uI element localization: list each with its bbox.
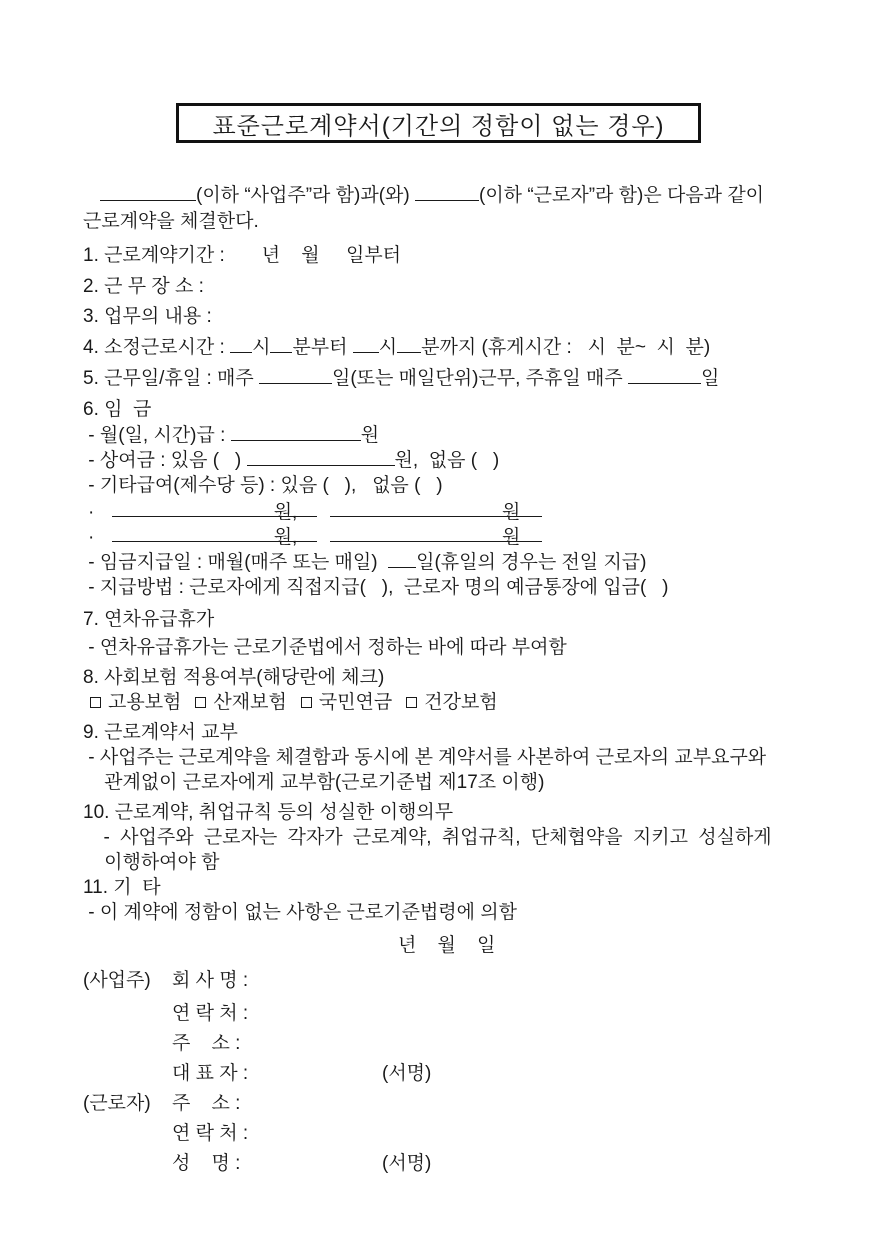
employer-party-spacer	[83, 1061, 172, 1086]
item-11-heading: 11. 기 타	[83, 877, 161, 898]
intro-line-2: 근로계약을 체결한다.	[0, 209, 877, 235]
item-9-sub-text-1: - 사업주는 근로계약을 체결함과 동시에 본 계약서를 사본하여 근로자의 교…	[83, 747, 766, 768]
intro-text-3: 근로계약을 체결한다.	[83, 211, 259, 232]
allowance-amount-blank-1b[interactable]: 원	[330, 500, 542, 517]
other-allowances-text: - 기타급여(제수당 등) : 있음 ( ), 없음 ( )	[83, 475, 443, 496]
employer-party-spacer	[83, 1001, 172, 1026]
payday-suffix: 일(휴일의 경우는 전일 지급)	[416, 552, 646, 573]
item-2-text: 2. 근 무 장 소 :	[83, 276, 204, 297]
bullet-dot: ·	[88, 527, 94, 548]
contract-date-line: 년 월 일	[0, 933, 877, 958]
worker-party-spacer	[83, 1121, 172, 1146]
document-title-box: 표준근로계약서(기간의 정함이 없는 경우)	[176, 103, 701, 143]
item-5-text-c: 일	[701, 368, 719, 389]
item-9-sub-2: 관계없이 근로자에게 교부함(근로기준법 제17조 이행)	[0, 770, 877, 795]
representative-signature-placeholder[interactable]: (서명)	[382, 1061, 431, 1086]
worker-party-spacer	[83, 1151, 172, 1176]
item-1-text: 1. 근로계약기간 : 년 월 일부터	[83, 245, 401, 266]
item-6-bonus: - 상여금 : 있음 ( ) 원, 없음 ( )	[0, 448, 877, 473]
insurance-option-accident: 산재보험	[195, 692, 286, 713]
item-6-payday: - 임금지급일 : 매월(매주 또는 매일) 일(휴일의 경우는 전일 지급)	[0, 550, 877, 575]
bonus-won-suffix: 원, 없음 ( )	[395, 450, 500, 471]
date-text: 년 월 일	[398, 935, 495, 956]
item-6-payment-method: - 지급방법 : 근로자에게 직접지급( ), 근로자 명의 예금통장에 입금(…	[0, 575, 877, 600]
bonus-label: - 상여금 : 있음 ( )	[83, 450, 247, 471]
item-4-text-a: 4. 소정근로시간 :	[83, 337, 230, 358]
national-pension-checkbox[interactable]	[301, 697, 312, 708]
allowance-amount-blank-2a[interactable]: 원,	[112, 525, 317, 542]
payday-blank[interactable]	[388, 551, 416, 568]
item-6-heading: 6. 임 금	[83, 399, 151, 420]
employer-company-name-row: (사업주) 회 사 명 :	[0, 968, 877, 993]
item-10-faithful-performance: 10. 근로계약, 취업규칙 등의 성실한 이행의무	[0, 800, 877, 825]
industrial-accident-insurance-label: 산재보험	[213, 692, 286, 713]
insurance-option-health: 건강보험	[406, 692, 497, 713]
allowance-amount-blank-1a[interactable]: 원,	[112, 500, 317, 517]
bullet-dot: ·	[88, 502, 94, 523]
allowance-amount-blank-2b[interactable]: 원	[330, 525, 542, 542]
item-5-workdays-holidays: 5. 근무일/휴일 : 매주 일(또는 매일단위)근무, 주휴일 매주 일	[0, 366, 877, 391]
employer-address-row: 주 소 :	[0, 1031, 877, 1056]
item-10-sub-2: 이행하여야 함	[0, 850, 877, 875]
wage-won-suffix: 원	[361, 425, 379, 446]
document-title: 표준근로계약서(기간의 정함이 없는 경우)	[212, 106, 664, 141]
payment-method-text: - 지급방법 : 근로자에게 직접지급( ), 근로자 명의 예금통장에 입금(…	[83, 577, 669, 598]
worker-name-label: 성 명 :	[172, 1151, 240, 1176]
employer-name-blank[interactable]	[100, 184, 196, 201]
bonus-amount-blank[interactable]	[247, 449, 395, 466]
employer-contact-label: 연 락 처 :	[172, 1001, 248, 1026]
item-4-text-e: 분까지 (휴게시간 : 시 분~ 시 분)	[421, 337, 710, 358]
payday-label: - 임금지급일 : 매월(매주 또는 매일)	[83, 552, 388, 573]
insurance-option-employment: 고용보험	[90, 692, 181, 713]
item-4-text-d: 시	[379, 337, 397, 358]
worker-name-row: 성 명 : (서명)	[0, 1151, 877, 1176]
employer-party-label: (사업주)	[83, 968, 172, 993]
item-5-text-b: 일(또는 매일단위)근무, 주휴일 매주	[332, 368, 628, 389]
weekly-holiday-blank[interactable]	[628, 367, 701, 384]
employer-contact-row: 연 락 처 :	[0, 1001, 877, 1026]
industrial-accident-insurance-checkbox[interactable]	[195, 697, 206, 708]
intro-text-1: (이하 “사업주”라 함)과(와)	[196, 185, 415, 206]
item-6-wages: 6. 임 금	[0, 397, 877, 422]
item-4-text-b: 시	[252, 337, 270, 358]
end-minute-blank[interactable]	[397, 336, 421, 353]
worker-contact-row: 연 락 처 :	[0, 1121, 877, 1146]
item-1-contract-period: 1. 근로계약기간 : 년 월 일부터	[0, 243, 877, 268]
item-7-annual-leave-sub: - 연차유급휴가는 근로기준법에서 정하는 바에 따라 부여함	[0, 635, 877, 660]
item-4-text-c: 분부터	[292, 337, 352, 358]
item-8-social-insurance: 8. 사회보험 적용여부(해당란에 체크)	[0, 665, 877, 690]
worker-party-label: (근로자)	[83, 1091, 172, 1116]
item-5-text-a: 5. 근무일/휴일 : 매주	[83, 368, 259, 389]
item-10-sub-1: - 사업주와 근로자는 각자가 근로계약, 취업규칙, 단체협약을 지키고 성실…	[0, 825, 877, 850]
item-8-heading: 8. 사회보험 적용여부(해당란에 체크)	[83, 667, 384, 688]
employer-address-label: 주 소 :	[172, 1031, 240, 1056]
end-hour-blank[interactable]	[353, 336, 379, 353]
employment-insurance-checkbox[interactable]	[90, 697, 101, 708]
item-7-sub-text: - 연차유급휴가는 근로기준법에서 정하는 바에 따라 부여함	[83, 637, 567, 658]
item-3-job-description: 3. 업무의 내용 :	[0, 304, 877, 329]
item-10-sub-text-2: 이행하여야 함	[83, 852, 220, 873]
employer-representative-row: 대 표 자 : (서명)	[0, 1061, 877, 1086]
health-insurance-label: 건강보험	[424, 692, 497, 713]
item-8-insurance-checkboxes: 고용보험산재보험국민연금건강보험	[0, 690, 877, 715]
wage-amount-blank[interactable]	[231, 424, 361, 441]
item-6-monthly-wage: - 월(일, 시간)급 : 원	[0, 423, 877, 448]
intro-text-2: (이하 “근로자”라 함)은 다음과 같이	[479, 185, 764, 206]
start-minute-blank[interactable]	[270, 336, 292, 353]
worker-contact-label: 연 락 처 :	[172, 1121, 248, 1146]
employment-insurance-label: 고용보험	[108, 692, 181, 713]
item-11-sub: - 이 계약에 정함이 없는 사항은 근로기준법령에 의함	[0, 900, 877, 925]
worker-name-blank[interactable]	[415, 184, 479, 201]
employer-party-spacer	[83, 1031, 172, 1056]
item-11-sub-text: - 이 계약에 정함이 없는 사항은 근로기준법령에 의함	[83, 902, 517, 923]
contract-document-page: 표준근로계약서(기간의 정함이 없는 경우) (이하 “사업주”라 함)과(와)…	[0, 0, 877, 1240]
intro-line-1: (이하 “사업주”라 함)과(와) (이하 “근로자”라 함)은 다음과 같이	[0, 183, 877, 209]
health-insurance-checkbox[interactable]	[406, 697, 417, 708]
representative-label: 대 표 자 :	[172, 1061, 248, 1086]
item-3-text: 3. 업무의 내용 :	[83, 306, 212, 327]
item-9-heading: 9. 근로계약서 교부	[83, 722, 238, 743]
wage-label: - 월(일, 시간)급 :	[83, 425, 231, 446]
worker-address-label: 주 소 :	[172, 1091, 240, 1116]
company-name-label: 회 사 명 :	[172, 968, 248, 993]
item-6-allowance-blank-row-2: ·원,원	[0, 525, 877, 550]
national-pension-label: 국민연금	[319, 692, 392, 713]
worker-signature-placeholder[interactable]: (서명)	[382, 1151, 431, 1176]
insurance-option-pension: 국민연금	[301, 692, 392, 713]
item-9-sub-1: - 사업주는 근로계약을 체결함과 동시에 본 계약서를 사본하여 근로자의 교…	[0, 745, 877, 770]
item-6-allowance-blank-row-1: ·원,원	[0, 500, 877, 525]
item-7-heading: 7. 연차유급휴가	[83, 609, 214, 630]
item-9-sub-text-2: 관계없이 근로자에게 교부함(근로기준법 제17조 이행)	[83, 772, 544, 793]
item-10-heading: 10. 근로계약, 취업규칙 등의 성실한 이행의무	[83, 802, 453, 823]
intro-paragraph: (이하 “사업주”라 함)과(와) (이하 “근로자”라 함)은 다음과 같이 …	[0, 183, 877, 235]
item-7-annual-leave: 7. 연차유급휴가	[0, 607, 877, 632]
item-4-working-hours: 4. 소정근로시간 : 시분부터 시분까지 (휴게시간 : 시 분~ 시 분)	[0, 335, 877, 360]
workdays-blank[interactable]	[259, 367, 332, 384]
worker-address-row: (근로자) 주 소 :	[0, 1091, 877, 1116]
item-10-sub-text-1: - 사업주와 근로자는 각자가 근로계약, 취업규칙, 단체협약을 지키고 성실…	[83, 827, 772, 848]
item-2-workplace: 2. 근 무 장 소 :	[0, 274, 877, 299]
start-hour-blank[interactable]	[230, 336, 252, 353]
item-6-other-allowances: - 기타급여(제수당 등) : 있음 ( ), 없음 ( )	[0, 473, 877, 498]
item-11-others: 11. 기 타	[0, 875, 877, 900]
item-9-contract-delivery: 9. 근로계약서 교부	[0, 720, 877, 745]
